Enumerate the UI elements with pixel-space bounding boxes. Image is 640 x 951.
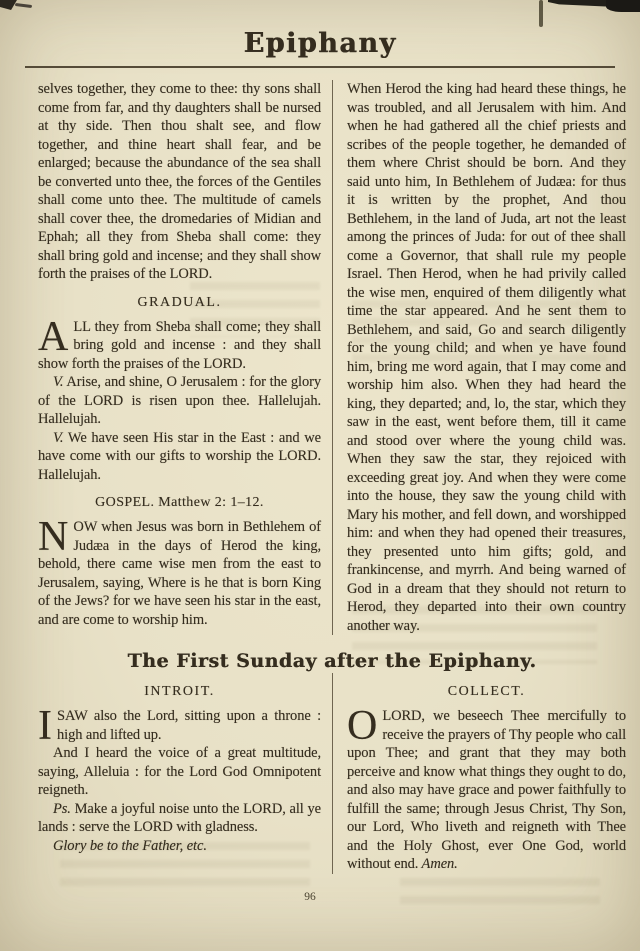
versicle-prefix: V. [53,374,63,390]
introit-heading: INTROIT. [38,684,321,700]
continuation-paragraph: selves together, they come to thee: thy … [38,80,321,284]
collect-heading: COLLECT. [347,684,626,700]
introit-psalm: Ps. Make a joyful noise unto the LORD, a… [38,800,321,837]
versicle-text: Arise, and shine, O Jerusalem : for the … [38,374,321,427]
page-header-title: Epiphany [0,0,640,59]
herod-paragraph: When Herod the king had heard these thin… [347,80,626,635]
dropcap-i: I [38,707,57,743]
page-content: selves together, they come to thee: thy … [0,68,640,874]
dropcap-o: O [347,707,382,743]
introit-opening-text: SAW also the Lord, sitting upon a throne… [57,708,321,743]
epiphany-section: selves together, they come to thee: thy … [38,80,626,635]
introit-column: INTROIT. ISAW also the Lord, sitting upo… [38,673,321,874]
collect-text: LORD, we beseech Thee mercifully to rece… [347,708,626,872]
collect-column: COLLECT. OLORD, we beseech Thee merciful… [332,673,626,874]
collect-paragraph: OLORD, we beseech Thee mercifully to rec… [347,707,626,874]
scanned-book-page: Epiphany selves together, they come to t… [0,0,640,951]
gradual-text: LL they from Sheba shall come; they shal… [38,319,321,372]
first-sunday-section: INTROIT. ISAW also the Lord, sitting upo… [38,673,626,874]
dropcap-n: N [38,518,73,554]
introit-opening: ISAW also the Lord, sitting upon a thron… [38,707,321,744]
scan-artifact-tick [539,0,543,27]
left-column: selves together, they come to thee: thy … [38,80,321,635]
versicle-2: V. We have seen His star in the East : a… [38,429,321,485]
psalm-text: Make a joyful noise unto the LORD, all y… [38,801,321,836]
page-number: 96 [0,891,620,903]
gospel-paragraph: NOW when Jesus was born in Bethlehem of … [38,518,321,629]
versicle-text: We have seen His star in the East : and … [38,430,321,483]
introit-gloria: Glory be to the Father, etc. [38,837,321,856]
dropcap-a: A [38,318,73,354]
sunday-heading: The First Sunday after the Epiphany. [38,650,626,672]
gospel-heading: GOSPEL. Matthew 2: 1–12. [38,495,321,511]
collect-amen: Amen. [418,856,457,872]
introit-multitude: And I heard the voice of a great multitu… [38,744,321,800]
psalm-prefix: Ps. [53,801,71,817]
scan-artifact-top-right-corner [606,0,640,12]
gradual-heading: GRADUAL. [38,295,321,311]
versicle-prefix: V. [53,430,63,446]
versicle-1: V. Arise, and shine, O Jerusalem : for t… [38,373,321,429]
right-column: When Herod the king had heard these thin… [332,80,626,635]
gradual-paragraph: ALL they from Sheba shall come; they sha… [38,318,321,374]
gospel-text: OW when Jesus was born in Bethlehem of J… [38,519,321,628]
